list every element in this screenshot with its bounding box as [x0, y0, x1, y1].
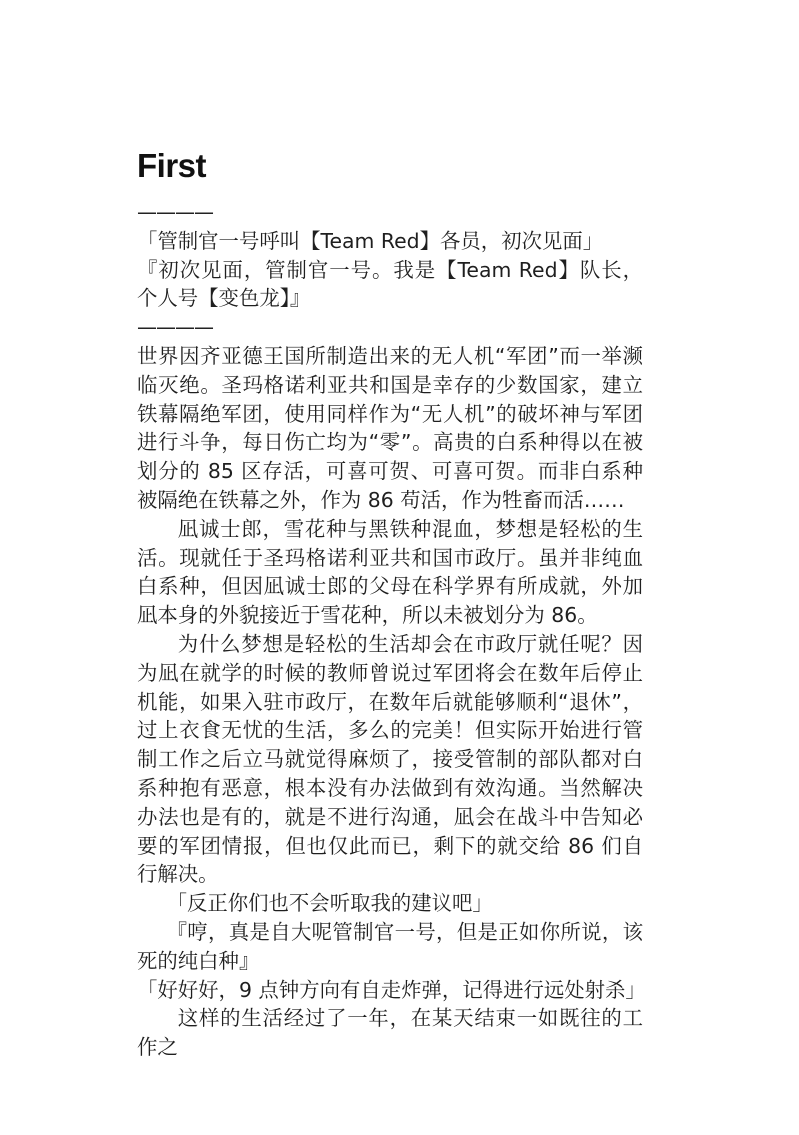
- dialogue-line: 『初次见面，管制官一号。我是【Team Red】队长，个人号【变色龙】』: [137, 256, 643, 314]
- body-paragraph: 为什么梦想是轻松的生活却会在市政厅就任呢？因为凪在就学的时候的教师曾说过军团将会…: [137, 630, 643, 889]
- document-page: First ———— 「管制官一号呼叫【Team Red】各员，初次见面」 『初…: [137, 146, 643, 1062]
- dialogue-line: 「管制官一号呼叫【Team Red】各员，初次见面」: [137, 227, 643, 256]
- dialogue-line: 『哼，真是自大呢管制官一号，但是正如你所说，该死的纯白种』: [137, 918, 643, 976]
- section-divider: ————: [137, 198, 643, 227]
- chapter-title: First: [137, 146, 643, 186]
- body-paragraph: 世界因齐亚德王国所制造出来的无人机“军团”而一举濒临灭绝。圣玛格诺利亚共和国是幸…: [137, 342, 643, 515]
- dialogue-line: 「反正你们也不会听取我的建议吧」: [137, 889, 643, 918]
- body-paragraph: 凪诚士郎，雪花种与黑铁种混血，梦想是轻松的生活。现就任于圣玛格诺利亚共和国市政厅…: [137, 515, 643, 630]
- body-paragraph: 这样的生活经过了一年，在某天结束一如既往的工作之: [137, 1004, 643, 1062]
- dialogue-line: 「好好好，9 点钟方向有自走炸弹，记得进行远处射杀」: [137, 976, 643, 1005]
- section-divider: ————: [137, 313, 643, 342]
